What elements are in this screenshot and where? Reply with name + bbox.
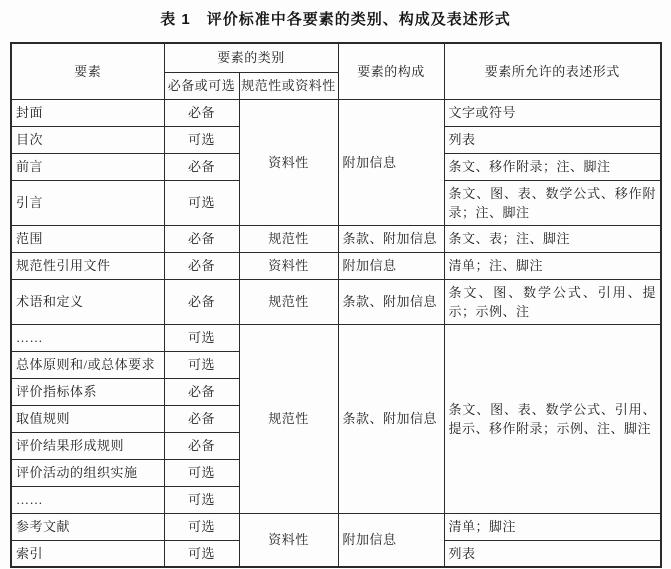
- cell-normative: 规范性: [239, 225, 338, 252]
- cell-element: ……: [11, 486, 164, 513]
- cell-mandatory: 可选: [164, 513, 239, 540]
- header-expression: 要素所允许的表述形式: [444, 43, 661, 99]
- cell-normative: 资料性: [239, 99, 338, 225]
- cell-expression: 条文、图、表、数学公式、引用、提示、移作附录；示例、注、脚注: [444, 324, 661, 513]
- cell-normative: 资料性: [239, 252, 338, 279]
- cell-element: 总体原则和/或总体要求: [11, 351, 164, 378]
- cell-mandatory: 可选: [164, 351, 239, 378]
- cell-expression: 文字或符号: [444, 99, 661, 126]
- cell-element: 评价活动的组织实施: [11, 459, 164, 486]
- cell-mandatory: 必备: [164, 405, 239, 432]
- cell-element: 目次: [11, 126, 164, 153]
- standard-elements-table: 要素 要素的类别 要素的构成 要素所允许的表述形式 必备或可选 规范性或资料性 …: [10, 42, 662, 568]
- cell-element: 术语和定义: [11, 279, 164, 324]
- cell-mandatory: 可选: [164, 126, 239, 153]
- cell-mandatory: 可选: [164, 540, 239, 567]
- cell-normative: 资料性: [239, 513, 338, 567]
- cell-mandatory: 必备: [164, 432, 239, 459]
- cell-element: 前言: [11, 153, 164, 180]
- cell-mandatory: 可选: [164, 324, 239, 351]
- cell-normative: 规范性: [239, 324, 338, 513]
- cell-expression: 列表: [444, 540, 661, 567]
- table-row: 术语和定义 必备 规范性 条款、附加信息 条文、图、数学公式、引用、提示；示例、…: [11, 279, 661, 324]
- cell-composition: 附加信息: [338, 513, 444, 567]
- cell-element: 引言: [11, 180, 164, 225]
- cell-composition: 条款、附加信息: [338, 324, 444, 513]
- cell-mandatory: 可选: [164, 459, 239, 486]
- cell-element: 封面: [11, 99, 164, 126]
- cell-element: ……: [11, 324, 164, 351]
- table-row: 封面 必备 资料性 附加信息 文字或符号: [11, 99, 661, 126]
- table-row: 规范性引用文件 必备 资料性 附加信息 清单；注、脚注: [11, 252, 661, 279]
- cell-mandatory: 可选: [164, 180, 239, 225]
- cell-element: 评价指标体系: [11, 378, 164, 405]
- cell-expression: 条文、图、数学公式、引用、提示；示例、注: [444, 279, 661, 324]
- cell-element: 规范性引用文件: [11, 252, 164, 279]
- cell-mandatory: 必备: [164, 252, 239, 279]
- header-row-top: 要素 要素的类别 要素的构成 要素所允许的表述形式: [11, 43, 661, 72]
- header-element: 要素: [11, 43, 164, 99]
- header-normative-or-informative: 规范性或资料性: [239, 72, 338, 99]
- cell-element: 范围: [11, 225, 164, 252]
- cell-expression: 清单；脚注: [444, 513, 661, 540]
- cell-element: 索引: [11, 540, 164, 567]
- cell-mandatory: 必备: [164, 225, 239, 252]
- cell-composition: 条款、附加信息: [338, 279, 444, 324]
- cell-element: 评价结果形成规则: [11, 432, 164, 459]
- header-composition: 要素的构成: [338, 43, 444, 99]
- table-caption: 表 1 评价标准中各要素的类别、构成及表述形式: [0, 8, 671, 29]
- cell-element: 参考文献: [11, 513, 164, 540]
- header-mandatory-or-optional: 必备或可选: [164, 72, 239, 99]
- cell-mandatory: 必备: [164, 378, 239, 405]
- cell-composition: 附加信息: [338, 252, 444, 279]
- cell-mandatory: 必备: [164, 153, 239, 180]
- cell-composition: 条款、附加信息: [338, 225, 444, 252]
- table-row: 参考文献 可选 资料性 附加信息 清单；脚注: [11, 513, 661, 540]
- table-row: 范围 必备 规范性 条款、附加信息 条文、表；注、脚注: [11, 225, 661, 252]
- cell-composition: 附加信息: [338, 99, 444, 225]
- cell-expression: 条文、表；注、脚注: [444, 225, 661, 252]
- cell-mandatory: 可选: [164, 486, 239, 513]
- cell-element: 取值规则: [11, 405, 164, 432]
- cell-mandatory: 必备: [164, 279, 239, 324]
- header-category-group: 要素的类别: [164, 43, 338, 72]
- cell-mandatory: 必备: [164, 99, 239, 126]
- cell-expression: 条文、图、表、数学公式、移作附录；注、脚注: [444, 180, 661, 225]
- cell-expression: 清单；注、脚注: [444, 252, 661, 279]
- cell-expression: 条文、移作附录；注、脚注: [444, 153, 661, 180]
- cell-normative: 规范性: [239, 279, 338, 324]
- document-page: 表 1 评价标准中各要素的类别、构成及表述形式 要素 要素的类别 要素的构成 要…: [0, 0, 671, 569]
- cell-expression: 列表: [444, 126, 661, 153]
- table-row: …… 可选 规范性 条款、附加信息 条文、图、表、数学公式、引用、提示、移作附录…: [11, 324, 661, 351]
